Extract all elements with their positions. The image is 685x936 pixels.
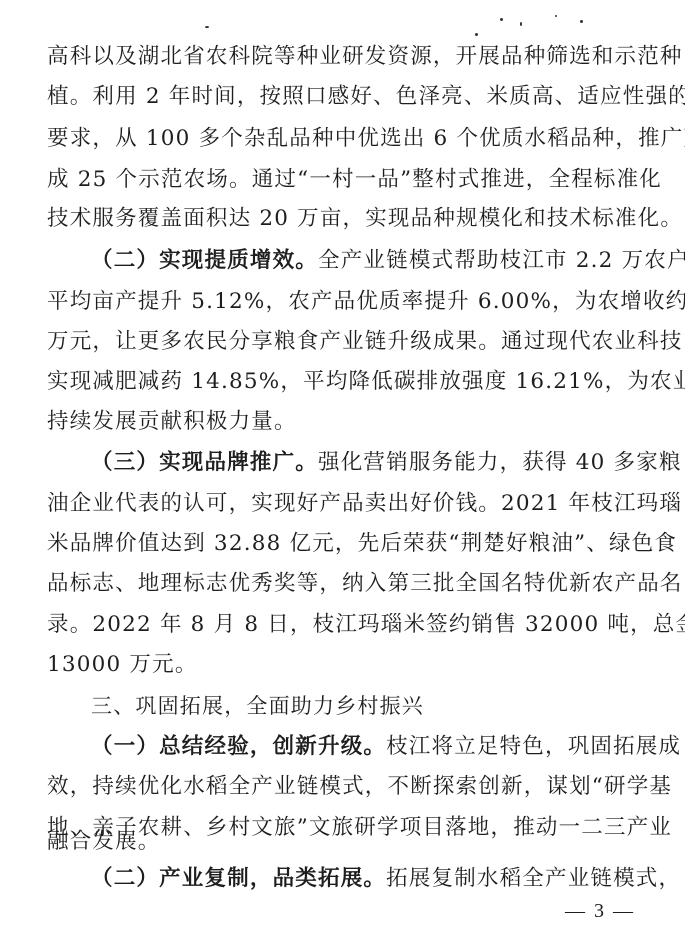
- body-line: 融合发展。: [47, 822, 161, 862]
- body-line: 米品牌价值达到 32.88 亿元，先后荣获“荆楚好粮油”、绿色食: [47, 524, 677, 564]
- body-line: 油企业代表的认可，实现好产品卖出好价钱。2021 年枝江玛瑙: [47, 484, 682, 524]
- body-text: 枝江将立足特色，巩固拓展成: [386, 734, 681, 759]
- body-text: 拓展复制水稻全产业链模式，: [386, 866, 681, 891]
- section-paragraph-2: （二）实现提质增效。全产业链模式帮助枝江市 2.2 万农户: [91, 241, 685, 281]
- chapter-heading: 三、巩固拓展，全面助力乡村振兴: [91, 686, 424, 726]
- body-line: 13000 万元。: [47, 645, 198, 685]
- body-text: 全产业链模式帮助枝江市 2.2 万农户: [318, 248, 685, 273]
- body-line: 成 25 个示范农场。通过“一村一品”整村式推进，全程标准化: [47, 160, 662, 200]
- body-line: 要求，从 100 多个杂乱品种中优选出 6 个优质水稻品种，推广建: [47, 119, 685, 159]
- section-paragraph-1: （一）总结经验，创新升级。枝江将立足特色，巩固拓展成: [91, 727, 681, 767]
- section-title: （二）产业复制，品类拓展。: [91, 866, 386, 891]
- body-line: 录。2022 年 8 月 8 日，枝江玛瑙米签约销售 32000 吨，总金额: [47, 605, 685, 645]
- section-title: （三）实现品牌推广。: [91, 450, 318, 475]
- body-line: 效，持续优化水稻全产业链模式，不断探索创新，谋划“研学基: [47, 767, 672, 807]
- body-line: 植。利用 2 年时间，按照口感好、色泽亮、米质高、适应性强的: [47, 77, 685, 117]
- body-text: 强化营销服务能力，获得 40 多家粮: [318, 450, 682, 475]
- section-paragraph-2b: （二）产业复制，品类拓展。拓展复制水稻全产业链模式，: [91, 859, 681, 899]
- body-line: 实现减肥减药 14.85%，平均降低碳排放强度 16.21%，为农业可: [47, 362, 685, 402]
- body-line: 品标志、地理标志优秀奖等，纳入第三批全国名特优新农产品名: [47, 564, 683, 604]
- body-line: 平均亩产提升 5.12%，农产品优质率提升 6.00%，为农增收约 6000: [47, 282, 685, 322]
- section-title: （一）总结经验，创新升级。: [91, 734, 386, 759]
- section-title: （二）实现提质增效。: [91, 248, 318, 273]
- page-number: — 3 —: [565, 900, 635, 923]
- body-line: 万元，让更多农民分享粮食产业链升级成果。通过现代农业科技: [47, 322, 683, 362]
- body-line: 高科以及湖北省农科院等种业研发资源，开展品种筛选和示范种: [47, 37, 683, 77]
- body-line: 持续发展贡献积极力量。: [47, 402, 297, 442]
- body-line: 技术服务覆盖面积达 20 万亩，实现品种规模化和技术标准化。: [47, 199, 683, 239]
- section-paragraph-3: （三）实现品牌推广。强化营销服务能力，获得 40 多家粮: [91, 443, 682, 483]
